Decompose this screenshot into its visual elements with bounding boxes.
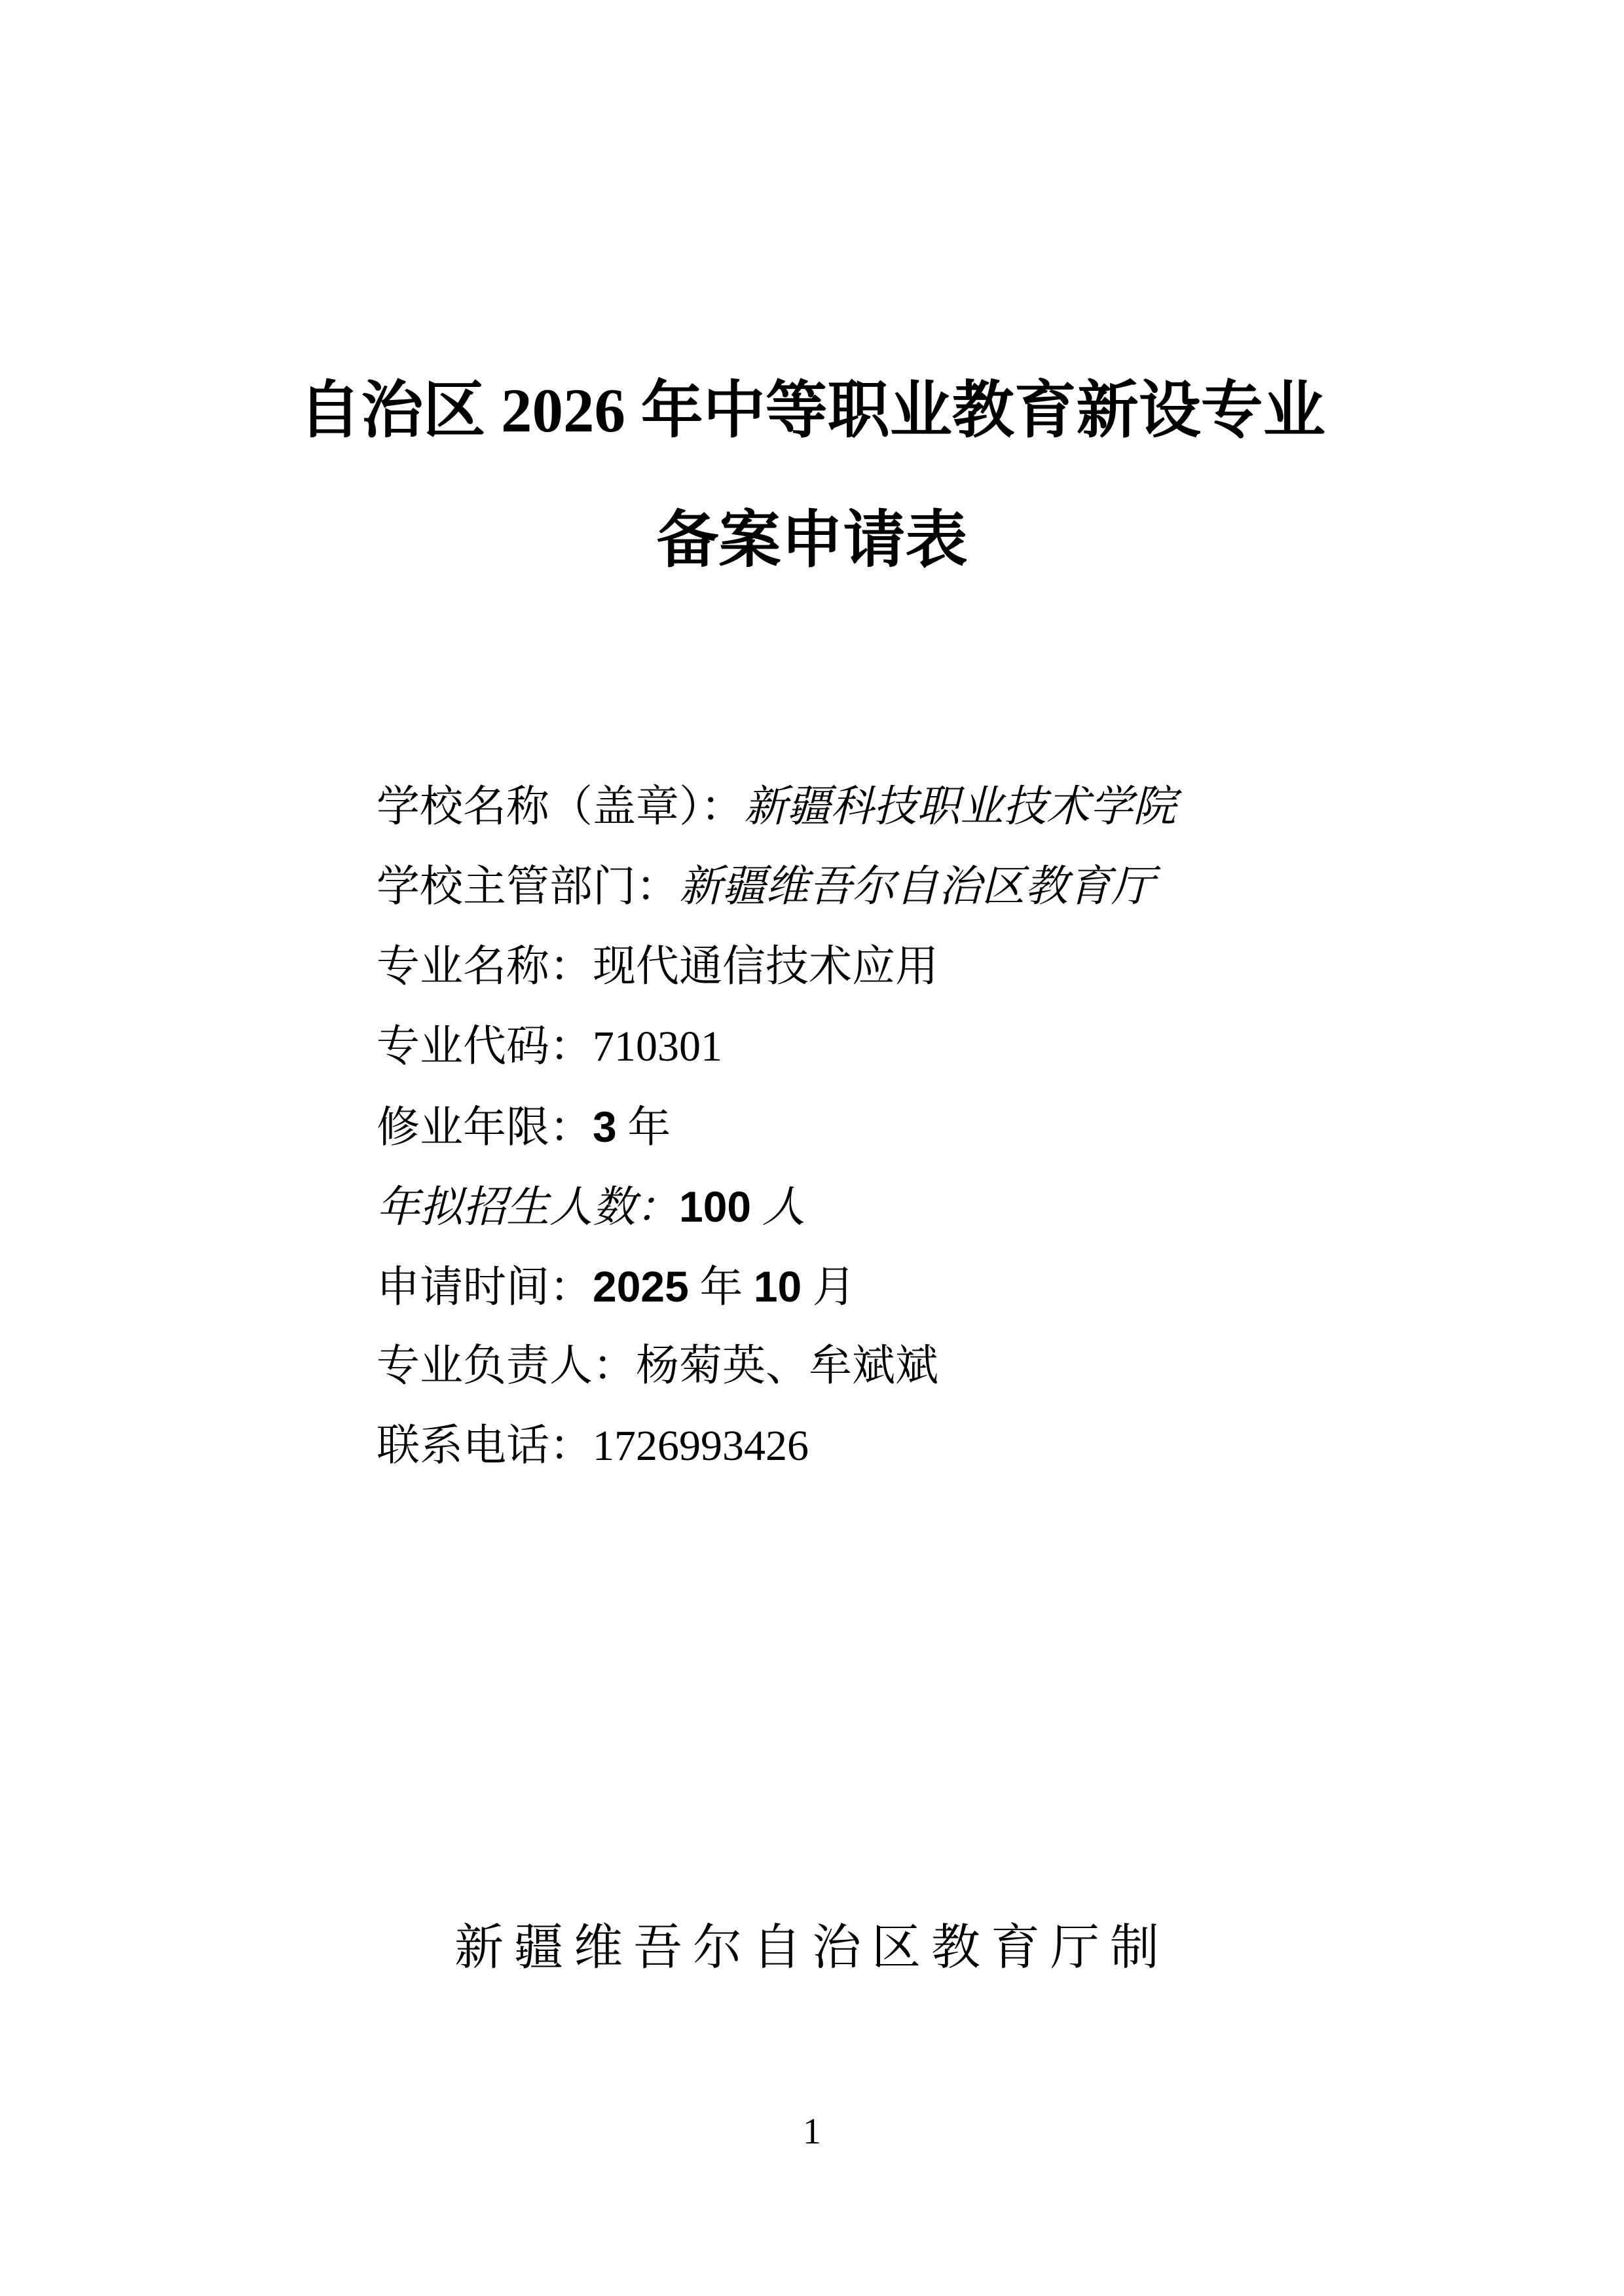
issuing-authority-line: 新疆维吾尔自治区教育厅制 [0, 1923, 1624, 1973]
field-supervising-department: 学校主管部门：新疆维吾尔自治区教育厅 [377, 847, 1176, 927]
field-school-name: 学校名称（盖章）：新疆科技职业技术学院 [377, 767, 1176, 847]
field-application-date-label: 申请时间： [377, 1264, 593, 1311]
field-study-duration: 修业年限：3 年 [377, 1087, 1176, 1167]
field-contact-phone-value: 1726993426 [593, 1422, 809, 1470]
field-study-duration-label: 修业年限： [377, 1104, 593, 1152]
page-number: 1 [0, 2113, 1624, 2150]
application-form-cover-page: 自治区 2026 年中等职业教育新设专业 备案申请表 学校名称（盖章）：新疆科技… [0, 0, 1624, 2296]
field-major-code-label: 专业代码： [377, 1023, 593, 1070]
field-contact-phone-label: 联系电话： [377, 1422, 593, 1470]
field-study-duration-unit: 年 [617, 1104, 671, 1152]
field-major-name: 专业名称：现代通信技术应用 [377, 927, 1176, 1007]
field-planned-enrollment-unit: 人 [751, 1184, 805, 1231]
field-major-code-value: 710301 [593, 1023, 722, 1070]
field-major-code: 专业代码：710301 [377, 1007, 1176, 1087]
field-application-date-year-unit: 年 [689, 1264, 754, 1311]
document-title-line-1: 自治区 2026 年中等职业教育新设专业 [0, 380, 1624, 442]
form-fields-block: 学校名称（盖章）：新疆科技职业技术学院 学校主管部门：新疆维吾尔自治区教育厅 专… [377, 767, 1176, 1486]
field-major-leaders-value: 杨菊英、牟斌斌 [636, 1342, 938, 1390]
field-supervising-department-value: 新疆维吾尔自治区教育厅 [679, 863, 1154, 911]
field-major-leaders: 专业负责人：杨菊英、牟斌斌 [377, 1326, 1176, 1406]
field-study-duration-number: 3 [593, 1102, 617, 1151]
field-planned-enrollment-label: 年拟招生人数： [377, 1184, 679, 1231]
field-contact-phone: 联系电话：1726993426 [377, 1406, 1176, 1486]
field-school-name-label: 学校名称（盖章）： [377, 783, 744, 831]
field-application-date: 申请时间：2025 年 10 月 [377, 1247, 1176, 1326]
field-application-date-year: 2025 [593, 1262, 689, 1311]
field-school-name-value: 新疆科技职业技术学院 [744, 783, 1176, 831]
field-major-name-value: 现代通信技术应用 [593, 943, 938, 991]
field-supervising-department-label: 学校主管部门： [377, 863, 679, 911]
field-major-name-label: 专业名称： [377, 943, 593, 991]
document-title-line-2: 备案申请表 [0, 509, 1624, 572]
field-major-leaders-label: 专业负责人： [377, 1342, 636, 1390]
field-planned-enrollment-number: 100 [679, 1182, 751, 1231]
field-planned-enrollment: 年拟招生人数：100 人 [377, 1167, 1176, 1247]
field-application-date-month-unit: 月 [802, 1264, 856, 1311]
field-application-date-month: 10 [754, 1262, 802, 1311]
